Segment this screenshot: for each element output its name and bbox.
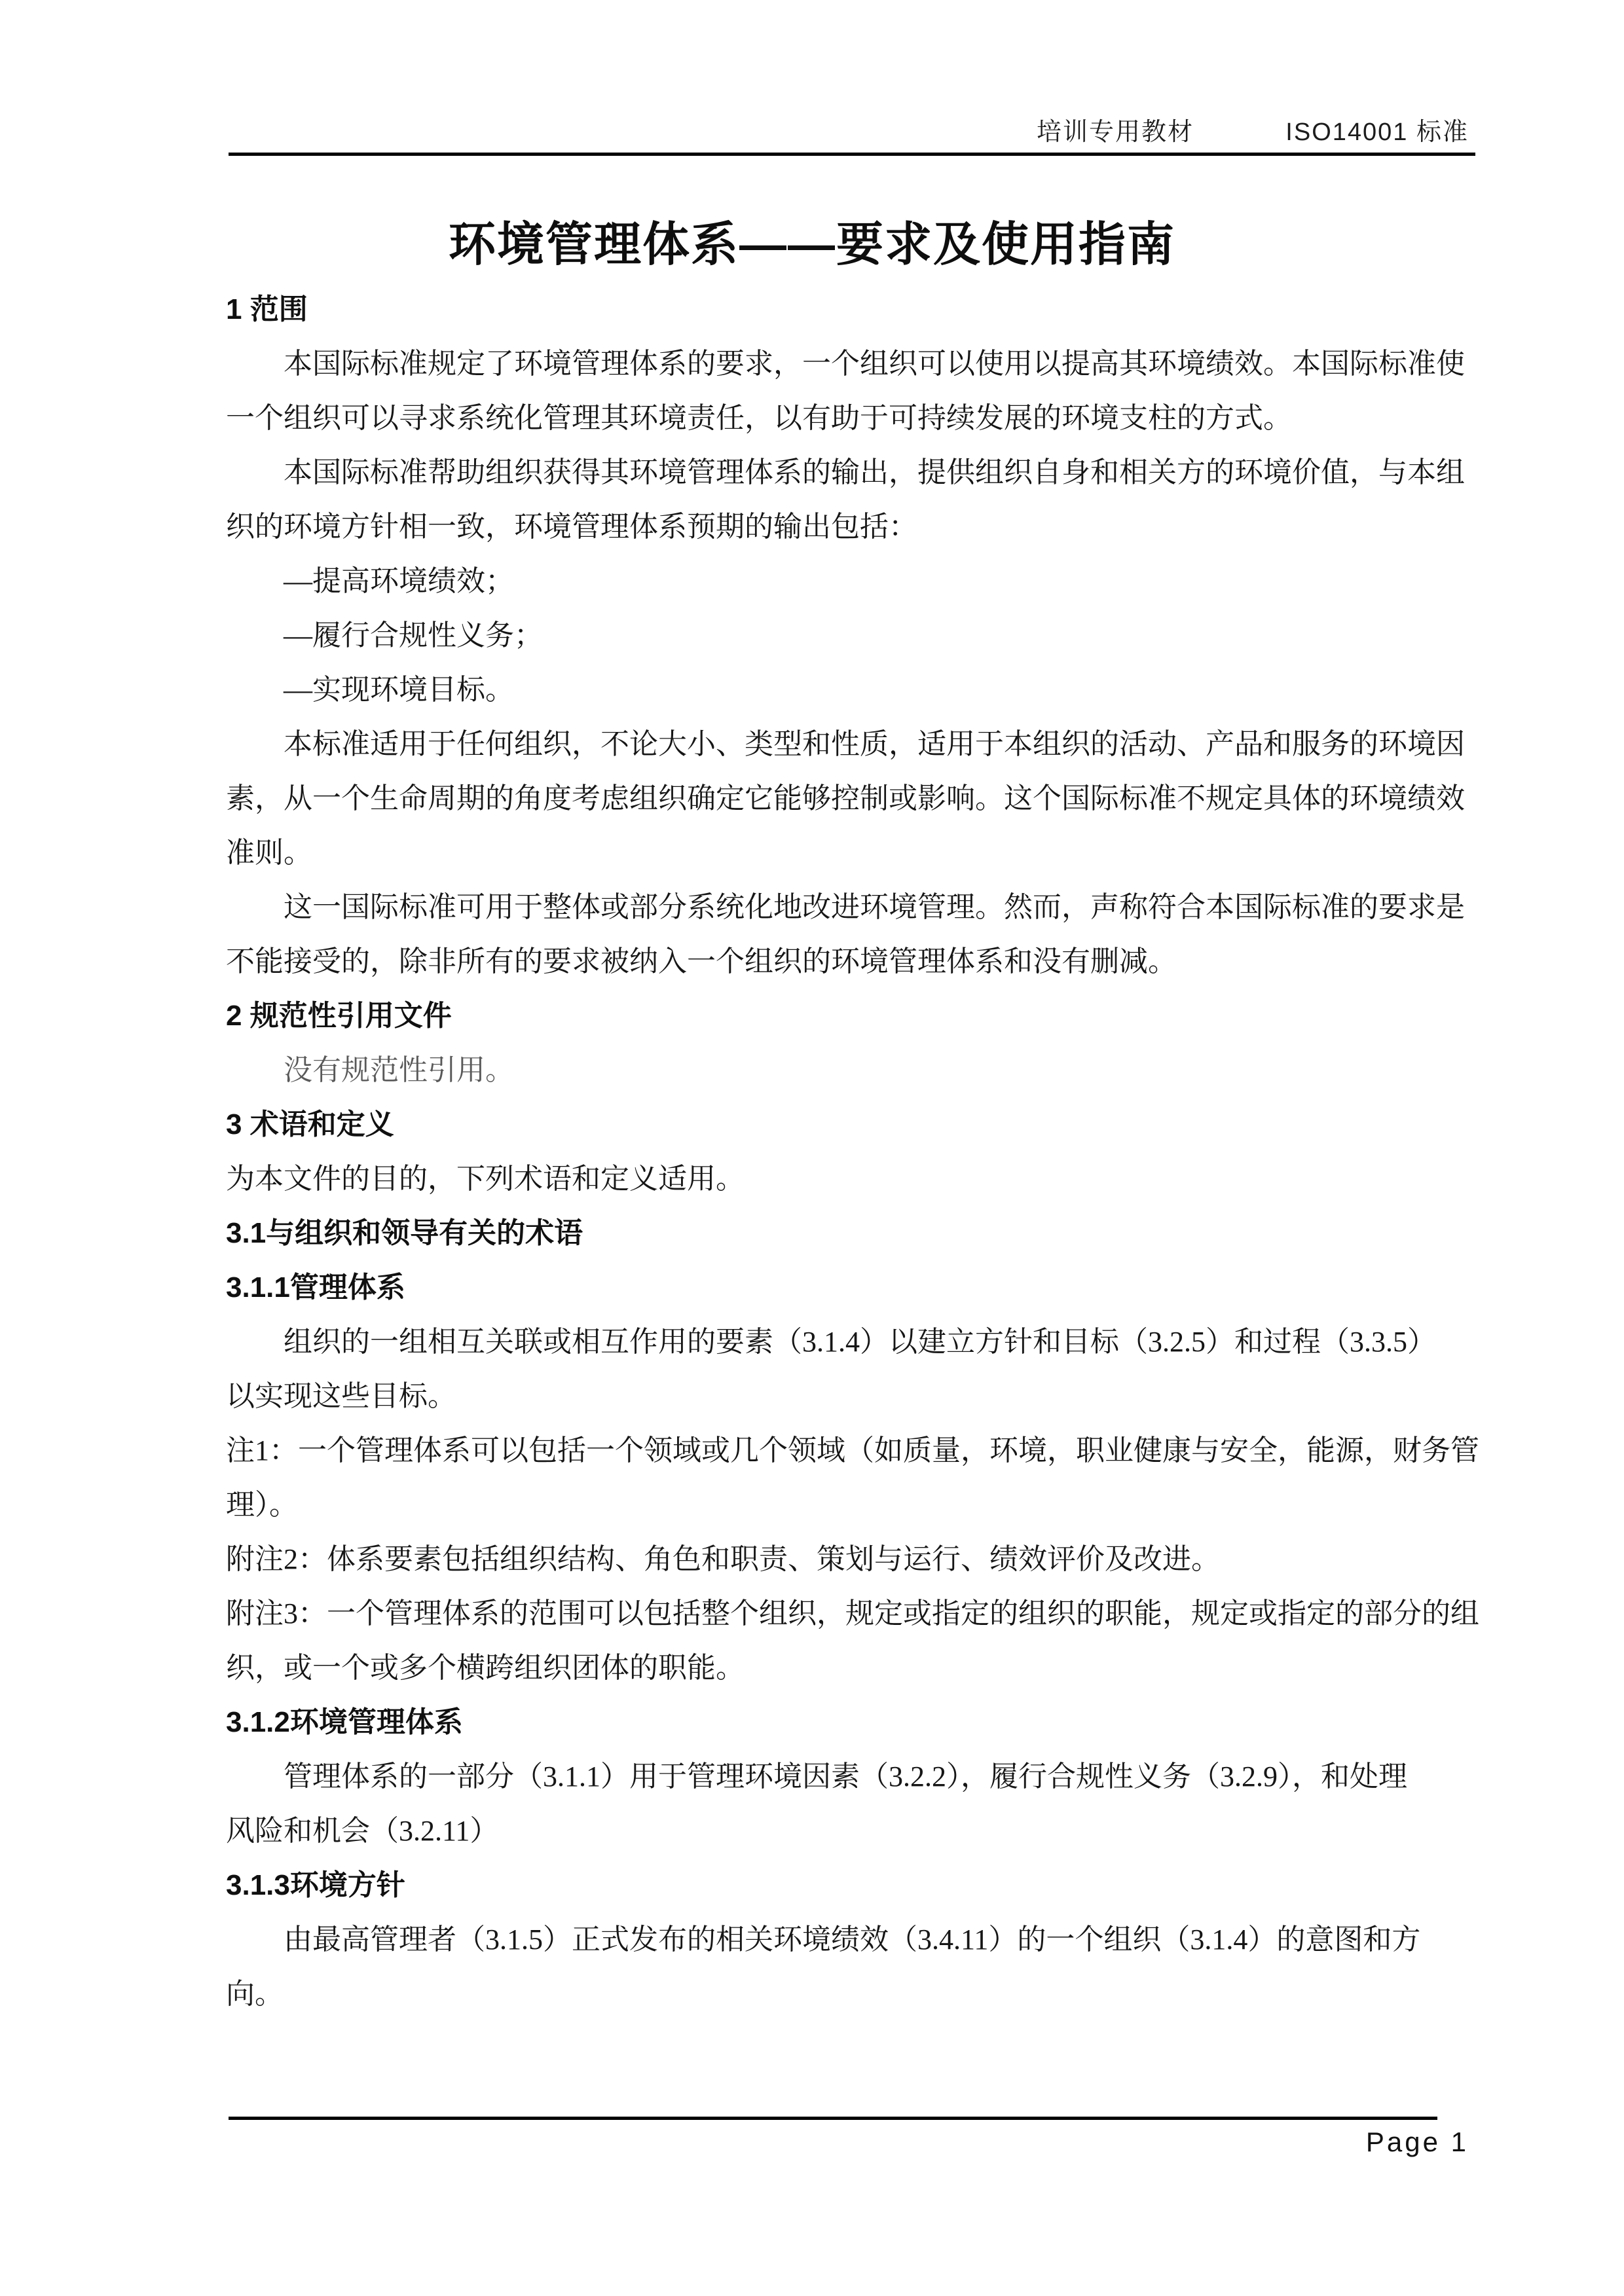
text-line: 织，或一个或多个横跨组织团体的职能。 (226, 1641, 1470, 1695)
text-line: 管理体系的一部分（3.1.1）用于管理环境因素（3.2.2），履行合规性义务（3… (226, 1749, 1470, 1804)
text-line: —提高环境绩效； (226, 554, 1470, 608)
header-material-label: 培训专用教材 (1037, 118, 1194, 147)
text-line: 以实现这些目标。 (226, 1369, 1470, 1423)
text-line: 这一国际标准可用于整体或部分系统化地改进环境管理。然而，声称符合本国际标准的要求… (226, 880, 1470, 934)
header-rule (229, 153, 1475, 156)
text-line: 本标准适用于任何组织，不论大小、类型和性质，适用于本组织的活动、产品和服务的环境… (226, 717, 1470, 771)
page-number: Page 1 (1366, 2126, 1469, 2158)
text-line: 向。 (226, 1967, 1470, 2021)
section-heading-line: 2 规范性引用文件 (226, 989, 1470, 1043)
section-heading-line: 3 术语和定义 (226, 1097, 1470, 1152)
section-heading-line: 3.1与组织和领导有关的术语 (226, 1206, 1470, 1260)
document-page: 培训专用教材 ISO14001 标准 环境管理体系——要求及使用指南 1 范围本… (0, 0, 1624, 2296)
text-line: 理）。 (226, 1478, 1470, 1532)
header-standard-label: ISO14001 标准 (1285, 118, 1469, 147)
text-line: 本国际标准规定了环境管理体系的要求，一个组织可以使用以提高其环境绩效。本国际标准… (226, 337, 1470, 391)
section-heading-line: 3.1.3环境方针 (226, 1858, 1470, 1912)
text-line: 附注3：一个管理体系的范围可以包括整个组织，规定或指定的组织的职能，规定或指定的… (226, 1586, 1470, 1641)
text-line: 附注2：体系要素包括组织结构、角色和职责、策划与运行、绩效评价及改进。 (226, 1532, 1470, 1586)
text-line: 织的环境方针相一致，环境管理体系预期的输出包括： (226, 500, 1470, 554)
text-line: 本国际标准帮助组织获得其环境管理体系的输出，提供组织自身和相关方的环境价值，与本… (226, 445, 1470, 500)
text-line: 素，从一个生命周期的角度考虑组织确定它能够控制或影响。这个国际标准不规定具体的环… (226, 771, 1470, 826)
text-line: 一个组织可以寻求系统化管理其环境责任，以有助于可持续发展的环境支柱的方式。 (226, 391, 1470, 445)
text-line: —实现环境目标。 (226, 663, 1470, 717)
text-line: 不能接受的，除非所有的要求被纳入一个组织的环境管理体系和没有删减。 (226, 934, 1470, 989)
text-line: 为本文件的目的，下列术语和定义适用。 (226, 1152, 1470, 1206)
text-line: 组织的一组相互关联或相互作用的要素（3.1.4）以建立方针和目标（3.2.5）和… (226, 1315, 1470, 1369)
text-line: 没有规范性引用。 (226, 1043, 1470, 1097)
section-heading-line: 3.1.1管理体系 (226, 1260, 1470, 1315)
text-line: 注1：一个管理体系可以包括一个领域或几个领域（如质量，环境，职业健康与安全，能源… (226, 1423, 1470, 1478)
section-heading-line: 1 范围 (226, 282, 1470, 337)
section-heading-line: 3.1.2环境管理体系 (226, 1695, 1470, 1749)
document-body: 1 范围本国际标准规定了环境管理体系的要求，一个组织可以使用以提高其环境绩效。本… (226, 282, 1470, 2021)
footer-rule (229, 2117, 1437, 2120)
text-line: 准则。 (226, 826, 1470, 880)
text-line: —履行合规性义务； (226, 608, 1470, 663)
text-line: 风险和机会（3.2.11） (226, 1804, 1470, 1858)
page-title: 环境管理体系——要求及使用指南 (0, 216, 1624, 274)
text-line: 由最高管理者（3.1.5）正式发布的相关环境绩效（3.4.11）的一个组织（3.… (226, 1912, 1470, 1967)
